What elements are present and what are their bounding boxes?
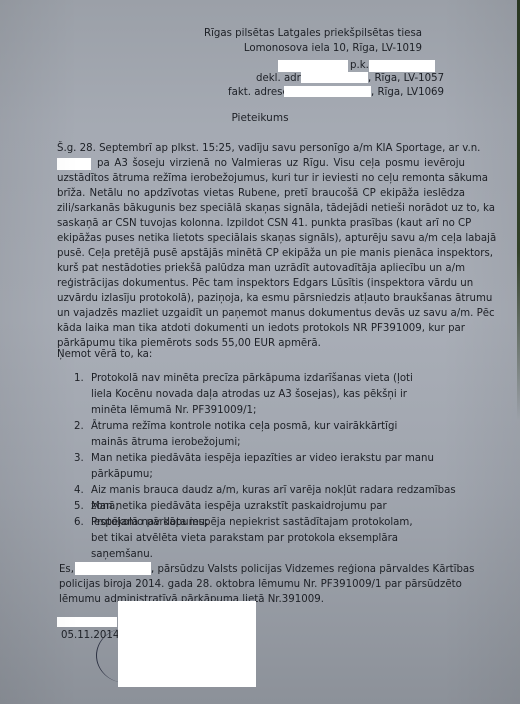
list-text: Ātruma režīma kontrole notika ceļa posmā…	[91, 419, 436, 451]
redacted-plate-number	[57, 158, 91, 170]
redacted-personal-code	[369, 60, 435, 72]
paragraph-line: un vajadzēs mazliet uzgaidīt un paņemot …	[57, 306, 465, 321]
paragraph-line: brīža. Netālu no apdzīvotas vietas Ruben…	[57, 186, 465, 201]
paragraph-line: pusē. Ceļa pretējā pusē apstājās minētā …	[57, 246, 465, 261]
list-number: 4.	[74, 483, 84, 499]
actual-address-city: , Rīga, LV1069	[371, 86, 444, 99]
appeal-line: , pārsūdzu Valsts policijas Vidzemes reģ…	[151, 562, 461, 577]
redacted-declared-address	[301, 72, 368, 83]
paragraph-line: pa A3 šoseju virzienā no Valmieras uz Rī…	[97, 156, 465, 171]
document-title: Pieteikums	[0, 112, 520, 124]
document-photo: Rīgas pilsētas Latgales priekšpilsētas t…	[0, 0, 520, 704]
personal-code-label: p.k.	[350, 59, 369, 72]
paragraph-line: uzvārdu izlasīju protokolā), paziņoja, k…	[57, 291, 465, 306]
list-number: 3.	[74, 451, 84, 467]
paragraph-line: uzstādītos ātruma režīma ierobežojumus, …	[57, 171, 465, 186]
list-number: 6.	[74, 515, 84, 531]
appeal-line: policijas biroja 2014. gada 28. oktobra …	[59, 577, 461, 592]
redacted-actual-address	[284, 86, 371, 97]
redacted-signature	[118, 601, 256, 687]
paragraph-line: Š.g. 28. Septembrī ap plkst. 15:25, vadī…	[57, 141, 465, 156]
paragraph-line: kāda laika man tika atdoti dokumenti un …	[57, 321, 465, 336]
actual-address-label: fakt. adrese	[228, 86, 289, 99]
declared-address-city: , Rīga, LV-1057	[368, 72, 444, 85]
declared-address-label: dekl. adr.	[256, 72, 303, 85]
list-number: 2.	[74, 419, 84, 435]
considering-heading: Ņemot vērā to, ka:	[57, 348, 152, 361]
appeal-prefix: Es,	[59, 563, 74, 576]
document-date: 05.11.2014.	[61, 629, 123, 642]
paragraph-line: saskaņā ar CSN tuvojas kolonna. Izpildot…	[57, 216, 465, 231]
list-text: Man netika piedāvāta iespēja iepazīties …	[91, 451, 436, 483]
paragraph-line: reģistrācijas dokumentus. Pēc tam inspek…	[57, 276, 465, 291]
list-text: Protokolā nav minēta precīza pārkāpuma i…	[91, 371, 436, 419]
paragraph-line: ekipāžas puses netika lietots speciālais…	[57, 231, 465, 246]
list-number: 1.	[74, 371, 84, 387]
recipient-court-address: Lomonosova iela 10, Rīga, LV-1019	[244, 42, 422, 55]
recipient-court-name: Rīgas pilsētas Latgales priekšpilsētas t…	[204, 27, 422, 40]
list-number: 5.	[74, 499, 84, 515]
redacted-applicant-name	[75, 562, 151, 575]
list-text: Protokolā nav dota iespēja nepiekrist sa…	[91, 515, 431, 563]
redacted-name	[278, 60, 348, 72]
paragraph-line: kurš pat nestādoties priekšā palūdza man…	[57, 261, 465, 276]
paragraph-line: zili/sarkanās bākugunis bez speciālā ska…	[57, 201, 465, 216]
redacted-signature-line	[57, 617, 117, 627]
